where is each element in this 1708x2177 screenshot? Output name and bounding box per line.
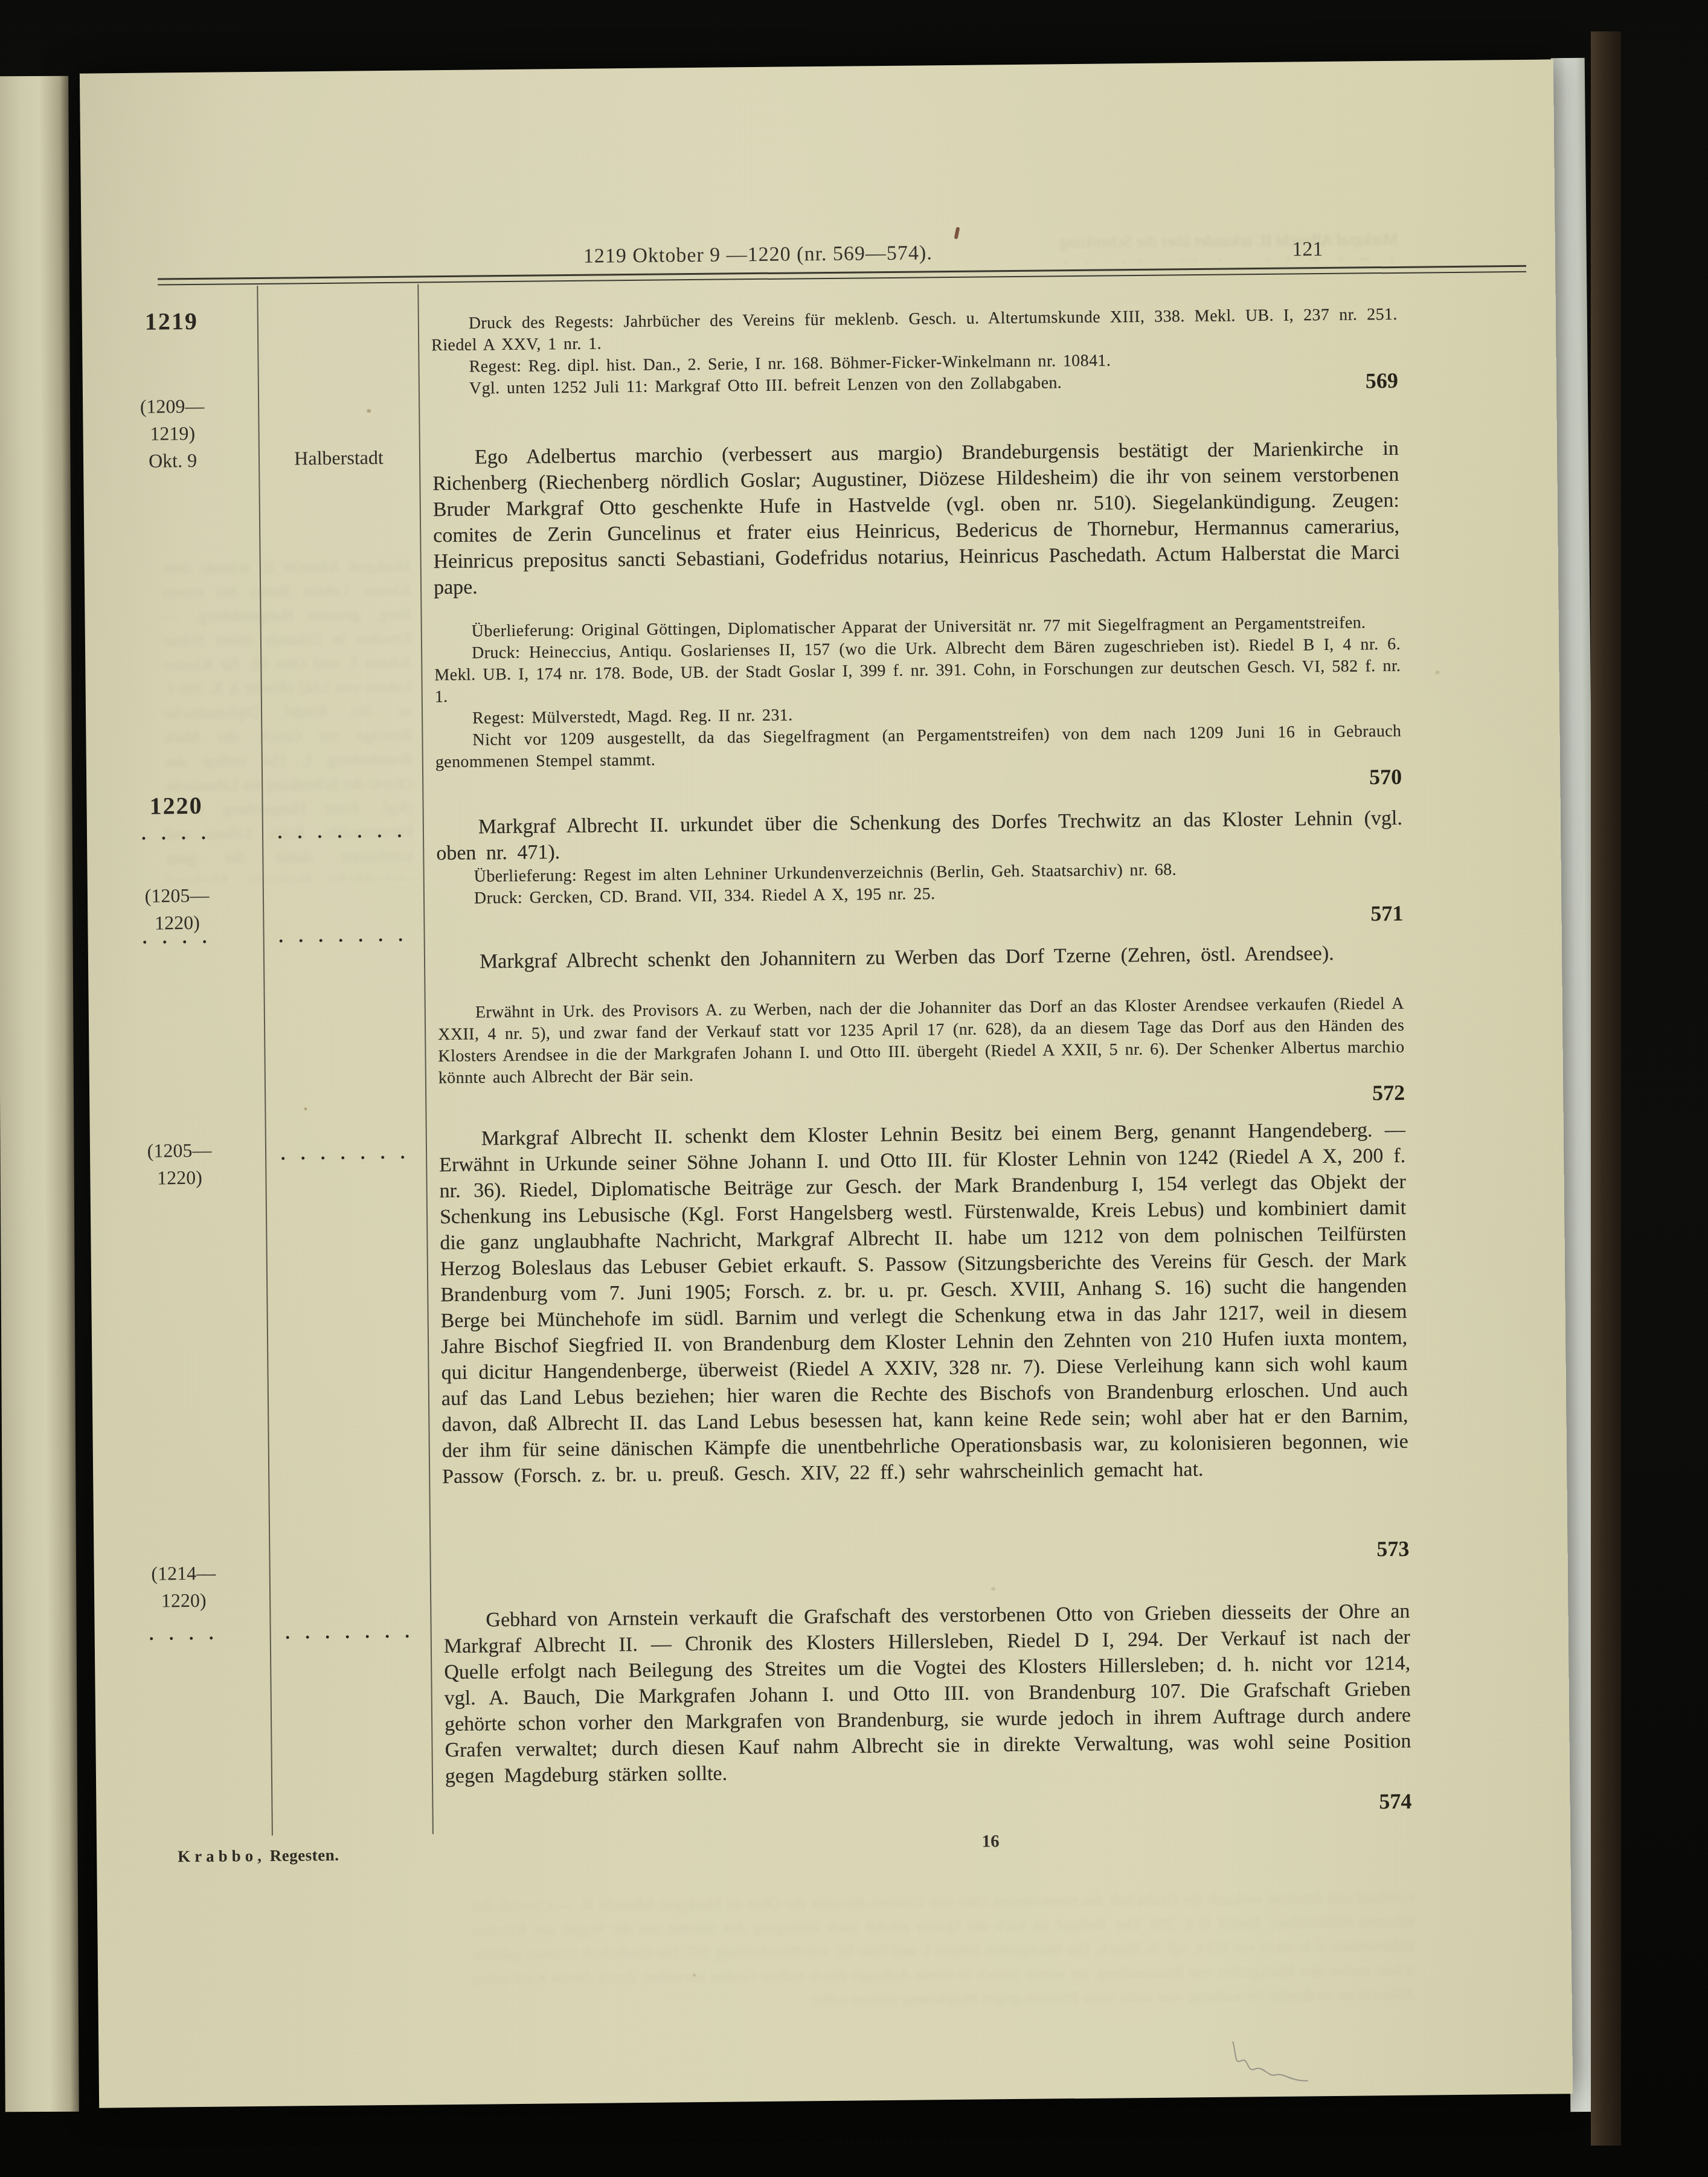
entry-number-572: 572: [1284, 1080, 1405, 1107]
margin-place-dots-entry-574: . . . . . . .: [276, 1621, 425, 1643]
entry-number-573: 573: [1288, 1536, 1409, 1563]
margin-date-line: 1219): [95, 419, 249, 448]
margin-date-dots-entry-572: . . . .: [100, 927, 254, 948]
foxing-speck: [367, 409, 371, 413]
margin-date-entry-570: (1209— 1219) Okt. 9: [95, 392, 250, 475]
foxing-speck: [1435, 670, 1439, 674]
scanned-book-photo: Markgraf Albrecht II. schenkt dem Kloste…: [0, 0, 1708, 2177]
book-page: Markgraf Albrecht II. schenkt dem Kloste…: [80, 59, 1573, 2108]
foxing-speck: [991, 1587, 995, 1590]
margin-date-entry-573: (1205— 1220): [102, 1136, 257, 1192]
margin-date-line: (1205—: [102, 1136, 257, 1165]
margin-date-line: Okt. 9: [95, 446, 250, 475]
book-signature-title: Regesten.: [270, 1846, 339, 1865]
book-signature-author: Krabbo,: [178, 1847, 266, 1865]
entry-572-apparatus: Erwähnt in Urk. des Provisors A. zu Werb…: [438, 993, 1405, 1089]
entry-571-regest: Markgraf Albrecht II. urkundet über die …: [436, 805, 1403, 866]
margin-place-dots-entry-572: . . . . . . .: [269, 925, 417, 947]
sheet-signature-number: 16: [954, 1831, 1027, 1852]
pencil-scratch: [1228, 2037, 1313, 2086]
margin-date-line: (1209—: [95, 392, 249, 420]
margin-date-line: (1205—: [100, 881, 254, 910]
entry-572-regest: Markgraf Albrecht schenkt den Johanniter…: [437, 940, 1404, 975]
entry-570-regest: Ego Adelbertus marchio (verbessert aus m…: [432, 436, 1400, 600]
margin-date-line: (1214––: [106, 1559, 261, 1587]
margin-year-1220: 1220: [98, 791, 253, 820]
apparatus-paragraph: Nicht vor 1209 ausgestellt, da das Siege…: [435, 721, 1402, 773]
margin-date-entry-574: (1214–– 1220): [106, 1559, 262, 1615]
page-number: 121: [1265, 238, 1350, 262]
margin-place-dots-entry-571: . . . . . . .: [268, 821, 417, 843]
adjacent-page-edge: [0, 76, 79, 2112]
entry-570-apparatus: Überlieferung: Original Göttingen, Diplo…: [434, 612, 1402, 773]
book-cover-edge: [1591, 31, 1621, 2146]
ink-speck: [954, 227, 960, 239]
apparatus-paragraph: Druck: Heineccius, Antiqu. Goslarienses …: [434, 634, 1401, 708]
margin-place-entry-570: Halberstadt: [265, 446, 413, 470]
book-signature: Krabbo, Regesten.: [178, 1846, 339, 1867]
entry-569-apparatus: Druck des Regests: Jahrbücher des Verein…: [431, 304, 1398, 400]
foxing-speck: [693, 1973, 696, 1976]
place-column-rule: [417, 284, 434, 1834]
entry-573-regest: Markgraf Albrecht II. schenkt dem Kloste…: [439, 1117, 1409, 1490]
entry-number-571: 571: [1282, 901, 1403, 927]
entry-number-569: 569: [1277, 368, 1398, 394]
margin-date-dots-entry-571: . . . .: [99, 823, 254, 844]
margin-date-line: 1220): [102, 1163, 257, 1192]
margin-date-line: 1220): [106, 1586, 261, 1615]
margin-year-1219: 1219: [94, 306, 249, 336]
entry-574-regest: Gebhard von Arnstein verkauft die Grafsc…: [443, 1598, 1411, 1789]
running-head: 1219 Oktober 9 —1220 (nr. 569—574).: [335, 239, 1181, 270]
foxing-speck: [304, 1107, 307, 1110]
entry-571-apparatus: Überlieferung: Regest im alten Lehniner …: [437, 857, 1404, 910]
entry-number-570: 570: [1281, 764, 1402, 791]
entry-number-574: 574: [1291, 1789, 1411, 1815]
margin-date-dots-entry-574: . . . .: [107, 1623, 262, 1645]
apparatus-paragraph: Erwähnt in Urk. des Provisors A. zu Werb…: [438, 993, 1405, 1089]
margin-place-dots-entry-573: . . . . . . .: [271, 1142, 420, 1164]
